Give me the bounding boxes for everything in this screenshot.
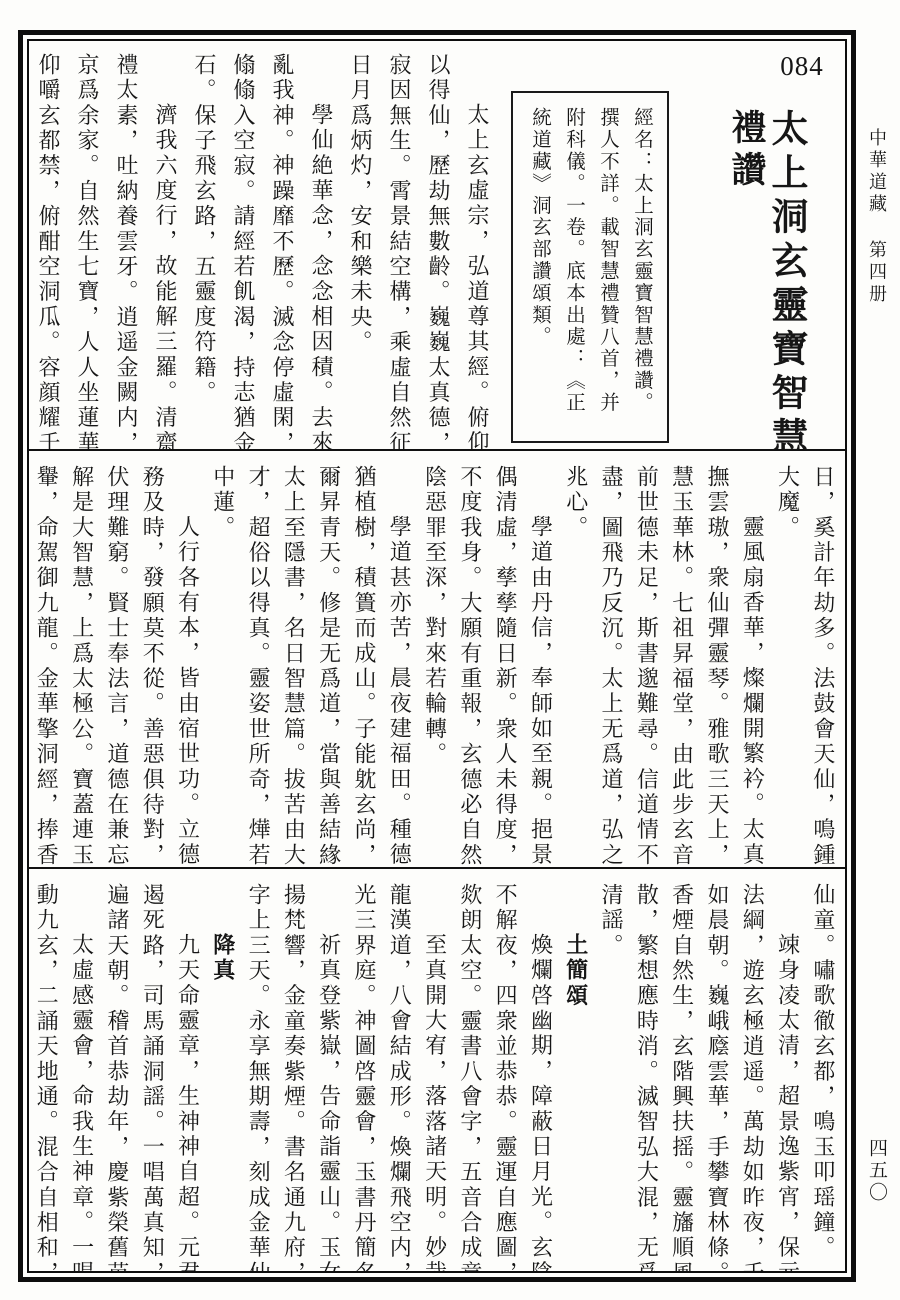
text-column: 遍諸天朝。稽首恭劫年，慶紫榮舊苗。 xyxy=(100,883,135,1265)
spacer xyxy=(865,216,887,240)
text-column: 太虛感靈會，命我生神章。一唱 xyxy=(64,883,99,1265)
text-column: 轝，命駕御九龍。金華擎洞經，捧香悉 xyxy=(29,465,64,861)
volume-label: 第四册 xyxy=(867,240,887,306)
page-title: 太上洞玄靈寶智慧 xyxy=(766,53,805,443)
text-column: 仰嚼玄都禁，俯酣空洞瓜。容顔耀千 xyxy=(29,53,68,443)
text-column: 人行各有本，皆由宿世功。立德 xyxy=(170,465,205,861)
text-column: 亂我神。神躁靡不歷。滅念停虛閑， xyxy=(263,53,302,443)
text-column: 如晨朝。巍峨廕雲華，手攀寶林條。 xyxy=(700,883,735,1265)
text-column: 動九玄，二誦天地通。混合自相和，九 xyxy=(29,883,64,1265)
text-column: 靈風扇香華，燦爛開繁衿。太真 xyxy=(735,465,770,861)
text-column: 禮太素，吐納養雲牙。逍遥金闕内，玉 xyxy=(107,53,146,443)
text-column: 京爲余家。自然生七寶，人人坐蓮華。 xyxy=(68,53,107,443)
middle-band: 日，奚計年劫多。法鼓會天仙，鳴鍾徵 大魔。 靈風扇香華，燦爛開繁衿。太真 撫雲璈… xyxy=(29,449,845,867)
text-column: 日月爲炳灼，安和樂未央。 xyxy=(341,53,380,443)
series-title: 中華道藏 xyxy=(867,128,887,216)
text-column: 以得仙，歷劫無數齡。巍巍太真德，寂 xyxy=(419,53,458,443)
text-column: 石。保子飛玄路，五靈度符籍。 xyxy=(185,53,224,443)
page-title-sub: 禮讚 xyxy=(727,53,766,443)
top-band-columns: 太上洞玄靈寶智慧 禮讚 經名：太上洞玄靈寶智慧禮讚。 撰人不詳。載智慧禮贊八首，… xyxy=(29,41,813,449)
text-column: 盡，圖飛乃反沉。太上无爲道，弘之在 xyxy=(594,465,629,861)
text-column: 太上至隱書，名日智慧篇。拔苦由大 xyxy=(276,465,311,861)
colophon-column: 經名：太上洞玄靈寶智慧禮讚。 xyxy=(624,107,658,427)
text-column: 寂因無生。霄景結空構，乘虛自然征。 xyxy=(380,53,419,443)
text-column: 九天命靈章，生神神自超。元君 xyxy=(170,883,205,1265)
text-column: 學道由丹信，奉師如至親。挹景 xyxy=(523,465,558,861)
colophon-column: 撰人不詳。載智慧禮贊八首，并 xyxy=(590,107,624,427)
text-column: 至真開大宥，落落諸天明。妙哉 xyxy=(417,883,452,1265)
text-column: 香煙自然生，玄階興扶摇。靈旛順風 xyxy=(664,883,699,1265)
text-column: 解是大智慧，上爲太極公。寶蓋連玉 xyxy=(64,465,99,861)
text-column: 龍漢道，八會結成形。煥爛飛空内，流 xyxy=(382,883,417,1265)
top-band: 084 太上洞玄靈寶智慧 禮讚 經名：太上洞玄靈寶智慧禮讚。 撰人不詳。載智慧禮… xyxy=(29,41,845,449)
text-column: 兆心。 xyxy=(558,465,593,861)
text-column: 不度我身。大願有重報，玄德必自然。 xyxy=(453,465,488,861)
text-column: 學仙絶華念，念念相因積。去來 xyxy=(302,53,341,443)
text-column: 慧玉華林。七祖昇福堂，由此步玄音。 xyxy=(664,465,699,861)
right-margin: 中華道藏 第四册 四五〇 xyxy=(854,0,900,1300)
text-column: 陰惡罪至深，對來若輪轉。 xyxy=(417,465,452,861)
page-number: 四五〇 xyxy=(863,1138,890,1204)
page-content-area: 084 太上洞玄靈寶智慧 禮讚 經名：太上洞玄靈寶智慧禮讚。 撰人不詳。載智慧禮… xyxy=(27,39,847,1273)
text-column: 祈真登紫嶽，告命詣靈山。玉女 xyxy=(311,883,346,1265)
text-column: 遏死路，司馬誦洞謡。一唱萬真知，九 xyxy=(135,883,170,1265)
text-column: 猶植樹，積簣而成山。子能躭玄尚，飄 xyxy=(347,465,382,861)
section-heading: 土簡頌 xyxy=(558,883,593,1265)
text-column: 煥爛啓幽期，障蔽日月光。玄陰 xyxy=(523,883,558,1265)
text-column: 中蓮。 xyxy=(205,465,240,861)
text-column: 濟我六度行，故能解三羅。清齋 xyxy=(146,53,185,443)
text-column: 仙童。嘯歌徹玄都，鳴玉叩瑶鐘。 xyxy=(806,883,841,1265)
middle-band-columns: 日，奚計年劫多。法鼓會天仙，鳴鍾徵 大魔。 靈風扇香華，燦爛開繁衿。太真 撫雲璈… xyxy=(29,451,845,867)
text-column: 務及時，發願莫不從。善惡俱待對，倚 xyxy=(135,465,170,861)
text-column: 清謡。 xyxy=(594,883,629,1265)
text-column: 光三界庭。神圖啓靈會，玉書丹簡名。 xyxy=(347,883,382,1265)
text-column: 竦身凌太清，超景逸紫宵，保元持 xyxy=(770,883,805,1265)
bottom-band-columns: 仙童。嘯歌徹玄都，鳴玉叩瑶鐘。 竦身凌太清，超景逸紫宵，保元持 法綱，遊玄極逍遥… xyxy=(29,869,845,1271)
text-column: 撫雲璈，衆仙彈靈琴。雅歌三天上，散 xyxy=(700,465,735,861)
document-number: 084 xyxy=(773,51,831,82)
series-volume-label: 中華道藏 第四册 xyxy=(864,128,890,306)
colophon-column: 統道藏》洞玄部讚頌類。 xyxy=(522,107,556,427)
text-column: 散，繁想應時消。滅智弘大混，无爲觀 xyxy=(629,883,664,1265)
text-column: 法綱，遊玄極逍遥。萬劫如昨夜，千椿 xyxy=(735,883,770,1265)
colophon-box: 經名：太上洞玄靈寶智慧禮讚。 撰人不詳。載智慧禮贊八首，并 附科儀。一卷。底本出… xyxy=(511,91,669,443)
text-column: 翛翛入空寂。請經若飢渴，持志猶金 xyxy=(224,53,263,443)
text-column: 偶清虛，孳孳隨日新。衆人未得度，終 xyxy=(488,465,523,861)
text-column: 揚梵響，金童奏紫煙。書名通九府，列 xyxy=(276,883,311,1265)
section-heading: 降真 xyxy=(205,883,240,1265)
bottom-band: 仙童。嘯歌徹玄都，鳴玉叩瑶鐘。 竦身凌太清，超景逸紫宵，保元持 法綱，遊玄極逍遥… xyxy=(29,867,845,1271)
colophon-column: 附科儀。一卷。底本出處：《正 xyxy=(556,107,590,427)
text-column: 大魔。 xyxy=(770,465,805,861)
text-column: 伏理難窮。賢士奉法言，道德在兼忘。 xyxy=(100,465,135,861)
text-column: 學道甚亦苦，晨夜建福田。種德 xyxy=(382,465,417,861)
text-column: 日，奚計年劫多。法鼓會天仙，鳴鍾徵 xyxy=(806,465,841,861)
text-column: 字上三天。永享無期壽，刻成金華仙。 xyxy=(241,883,276,1265)
page-border-frame: 084 太上洞玄靈寶智慧 禮讚 經名：太上洞玄靈寶智慧禮讚。 撰人不詳。載智慧禮… xyxy=(18,30,856,1282)
text-column: 不解夜，四衆並恭恭。靈運自應圖，倏 xyxy=(488,883,523,1265)
text-column: 太上玄虛宗，弘道尊其經。俯仰 xyxy=(458,53,497,443)
text-column: 爾昇青天。修是无爲道，當與善結緣。 xyxy=(311,465,346,861)
text-column: 才，超俗以得真。靈姿世所奇，燁若淵 xyxy=(241,465,276,861)
text-column: 欻朗太空。靈書八會字，五音合成章。 xyxy=(453,883,488,1265)
text-column: 前世德未足，斯書邈難尋。信道情不 xyxy=(629,465,664,861)
